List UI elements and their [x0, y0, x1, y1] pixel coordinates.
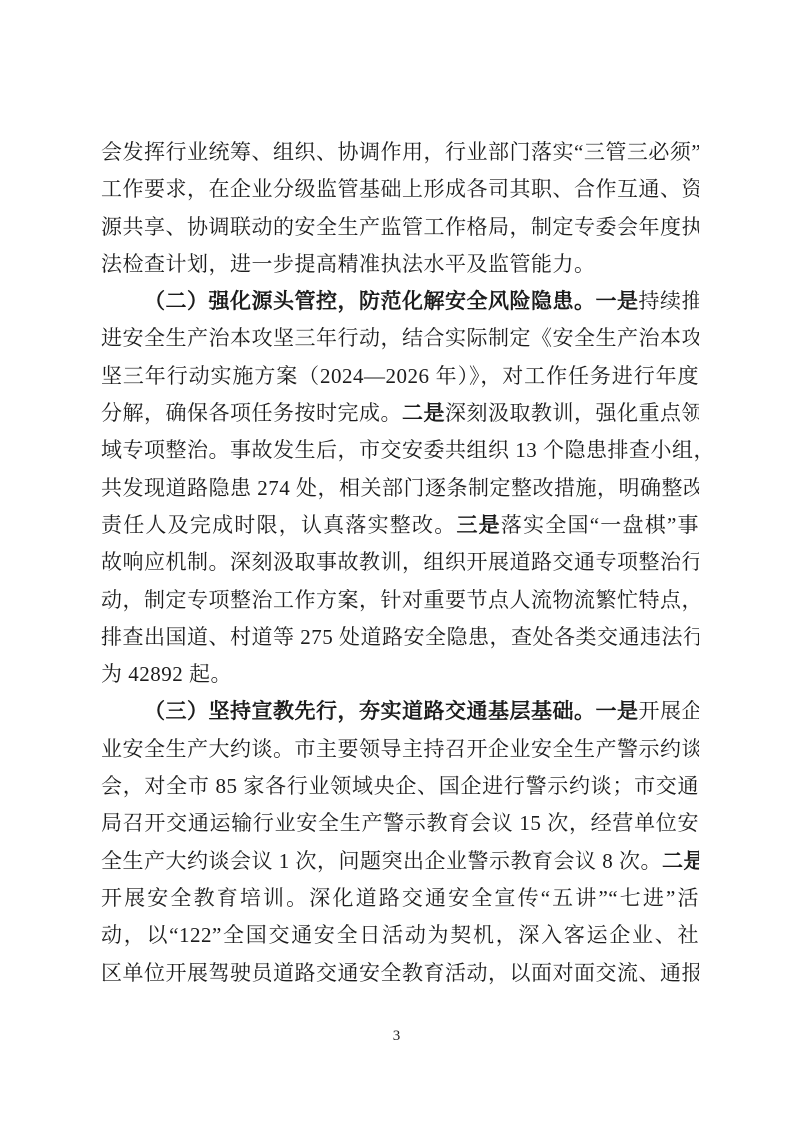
text-segment: 业安全生产大约谈。市主要领导主持召开企业安全生产警示约谈 — [101, 737, 699, 761]
text-segment: 区单位开展驾驶员道路交通安全教育活动，以面对面交流、通报 — [101, 961, 699, 985]
text-line: 工作要求，在企业分级监管基础上形成各司其职、合作互通、资 — [101, 171, 699, 208]
text-segment: 落实全国“一盘棋”事 — [501, 513, 699, 537]
text-line: 坚三年行动实施方案（2024—2026 年）》，对工作任务进行年度 — [101, 358, 699, 395]
text-segment: 域专项整治。事故发生后，市交安委共组织 13 个隐患排查小组， — [101, 438, 699, 462]
document-page: 会发挥行业统筹、组织、协调作用，行业部门落实“三管三必须”工作要求，在企业分级监… — [0, 0, 793, 1122]
text-line: 进安全生产治本攻坚三年行动，结合实际制定《安全生产治本攻 — [101, 320, 699, 357]
text-segment: 深刻汲取教训，强化重点领 — [445, 401, 699, 425]
text-segment: 源共享、协调联动的安全生产监管工作格局，制定专委会年度执 — [101, 215, 699, 239]
text-line: 会发挥行业统筹、组织、协调作用，行业部门落实“三管三必须” — [101, 134, 699, 171]
text-line: 全生产大约谈会议 1 次，问题突出企业警示教育会议 8 次。二是 — [101, 843, 699, 880]
text-segment-bold: 一是 — [596, 289, 639, 313]
text-line: 法检查计划，进一步提高精准执法水平及监管能力。 — [101, 246, 699, 283]
text-line: 责任人及完成时限，认真落实整改。三是落实全国“一盘棋”事 — [101, 507, 699, 544]
text-segment: 排查出国道、村道等 275 处道路安全隐患，查处各类交通违法行 — [101, 625, 699, 649]
text-line: 动，以“122”全国交通安全日活动为契机，深入客运企业、社 — [101, 917, 699, 954]
text-segment: 责任人及完成时限，认真落实整改。 — [101, 513, 456, 537]
text-segment: 局召开交通运输行业安全生产警示教育会议 15 次，经营单位安 — [101, 811, 699, 835]
text-segment: 共发现道路隐患 274 处，相关部门逐条制定整改措施，明确整改 — [101, 476, 699, 500]
text-line: 故响应机制。深刻汲取事故教训，组织开展道路交通专项整治行 — [101, 544, 699, 581]
page-number: 3 — [0, 1028, 793, 1045]
text-segment: 故响应机制。深刻汲取事故教训，组织开展道路交通专项整治行 — [101, 550, 699, 574]
text-segment-bold: （三）坚持宣教先行，夯实道路交通基层基础。 — [144, 699, 596, 723]
text-line: 会，对全市 85 家各行业领域央企、国企进行警示约谈；市交通 — [101, 768, 699, 805]
document-body: 会发挥行业统筹、组织、协调作用，行业部门落实“三管三必须”工作要求，在企业分级监… — [101, 134, 699, 992]
text-line: 分解，确保各项任务按时完成。二是深刻汲取教训，强化重点领 — [101, 395, 699, 432]
text-segment: 动，制定专项整治工作方案，针对重要节点人流物流繁忙特点， — [101, 588, 699, 612]
text-segment: 坚三年行动实施方案（2024—2026 年）》，对工作任务进行年度 — [101, 364, 699, 388]
text-line: 为 42892 起。 — [101, 656, 699, 693]
text-line: 业安全生产大约谈。市主要领导主持召开企业安全生产警示约谈 — [101, 731, 699, 768]
text-segment: 动，以“122”全国交通安全日活动为契机，深入客运企业、社 — [101, 923, 699, 947]
text-line: （三）坚持宣教先行，夯实道路交通基层基础。一是开展企 — [101, 693, 699, 730]
text-line: 开展安全教育培训。深化道路交通安全宣传“五讲”“七进”活 — [101, 880, 699, 917]
text-line: 局召开交通运输行业安全生产警示教育会议 15 次，经营单位安 — [101, 805, 699, 842]
text-line: 共发现道路隐患 274 处，相关部门逐条制定整改措施，明确整改 — [101, 470, 699, 507]
text-segment: 为 42892 起。 — [101, 662, 232, 686]
text-segment-bold: 二是 — [662, 849, 699, 873]
text-line: 动，制定专项整治工作方案，针对重要节点人流物流繁忙特点， — [101, 582, 699, 619]
text-line: 域专项整治。事故发生后，市交安委共组织 13 个隐患排查小组， — [101, 432, 699, 469]
text-segment: 法检查计划，进一步提高精准执法水平及监管能力。 — [101, 252, 596, 276]
text-line: （二）强化源头管控，防范化解安全风险隐患。一是持续推 — [101, 283, 699, 320]
text-segment: 全生产大约谈会议 1 次，问题突出企业警示教育会议 8 次。 — [101, 849, 662, 873]
text-line: 源共享、协调联动的安全生产监管工作格局，制定专委会年度执 — [101, 209, 699, 246]
text-segment: 持续推 — [639, 289, 700, 313]
text-segment-bold: 一是 — [596, 699, 639, 723]
text-segment: 会发挥行业统筹、组织、协调作用，行业部门落实“三管三必须” — [101, 140, 699, 164]
text-segment: 工作要求，在企业分级监管基础上形成各司其职、合作互通、资 — [101, 177, 699, 201]
text-segment-bold: 二是 — [402, 401, 445, 425]
text-segment: 开展企 — [639, 699, 700, 723]
text-segment: 进安全生产治本攻坚三年行动，结合实际制定《安全生产治本攻 — [101, 326, 699, 350]
text-segment: 开展安全教育培训。深化道路交通安全宣传“五讲”“七进”活 — [101, 886, 699, 910]
text-segment-bold: （二）强化源头管控，防范化解安全风险隐患。 — [144, 289, 596, 313]
text-line: 区单位开展驾驶员道路交通安全教育活动，以面对面交流、通报 — [101, 955, 699, 992]
text-line: 排查出国道、村道等 275 处道路安全隐患，查处各类交通违法行 — [101, 619, 699, 656]
text-segment: 分解，确保各项任务按时完成。 — [101, 401, 402, 425]
text-segment: 会，对全市 85 家各行业领域央企、国企进行警示约谈；市交通 — [101, 774, 699, 798]
text-segment-bold: 三是 — [456, 513, 500, 537]
